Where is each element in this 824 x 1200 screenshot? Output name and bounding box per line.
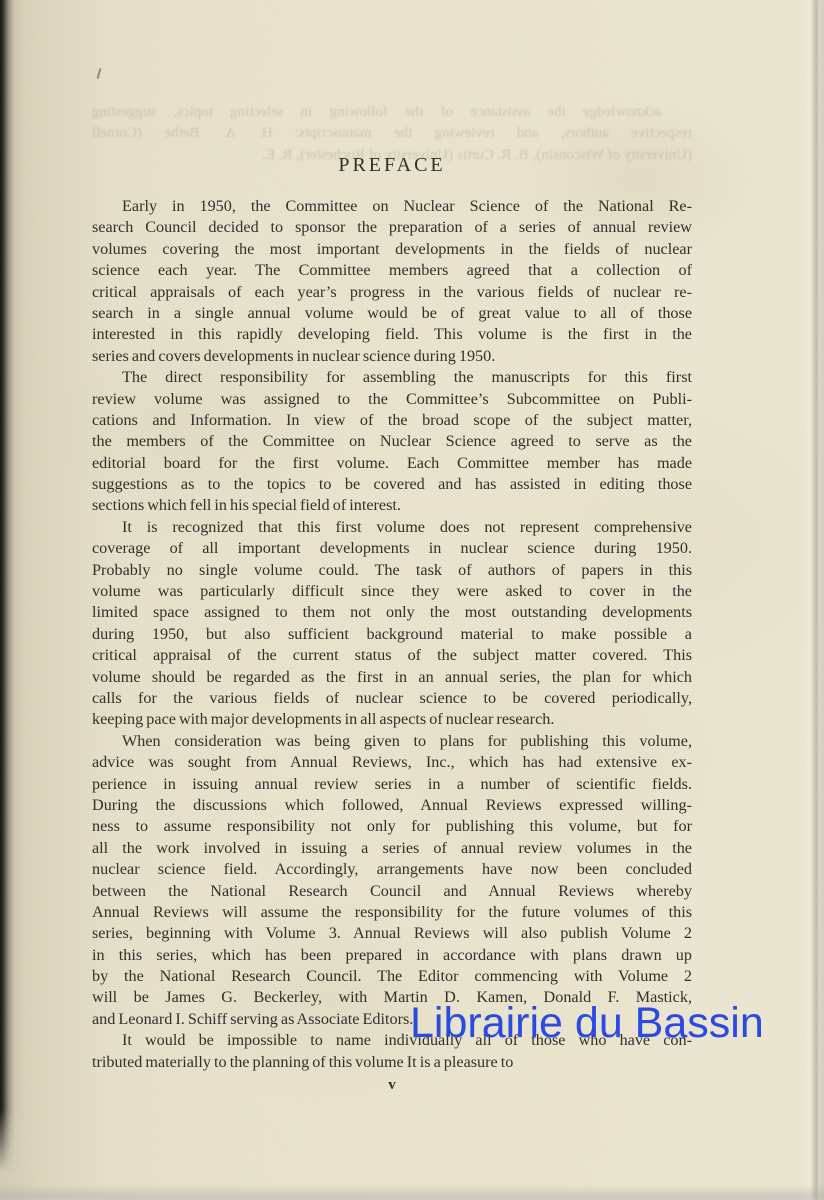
text-line: in this series, which has been prepared … [92,945,692,966]
book-photo: { "page": { "title": "PREFACE", "folio":… [0,0,824,1200]
text-line: series, beginning with Volume 3. Annual … [92,923,692,944]
text-line: keeping pace with major developments in … [92,709,692,730]
text-line: limited space assigned to them not only … [92,602,692,623]
text-line: between the National Research Council an… [92,881,692,902]
book-spine-edge [0,0,24,1172]
text-line: Annual Reviews will assume the responsib… [92,902,692,923]
text-line: search in a single annual volume would b… [92,303,692,324]
bookseller-watermark: Librairie du Bassin [410,1002,764,1045]
text-line: acknowledge the assistance of the follow… [92,102,692,123]
text-line: sections which fell in his special field… [92,495,692,516]
paragraph: When consideration was being given to pl… [92,731,692,1030]
text-line: search Council decided to sponsor the pr… [92,217,692,238]
text-line: Early in 1950, the Committee on Nuclear … [92,196,692,217]
text-line: advice was sought from Annual Reviews, I… [92,752,692,773]
text-line: nuclear science field. Accordingly, arra… [92,859,692,880]
page-bottom-edge [0,1184,824,1200]
text-line: critical appraisal of the current status… [92,645,692,666]
text-line: Probably no single volume could. The tas… [92,560,692,581]
text-line: respective authors, and reviewing the ma… [92,123,692,144]
text-line: science each year. The Committee members… [92,260,692,281]
text-line: by the National Research Council. The Ed… [92,966,692,987]
page-text: Early in 1950, the Committee on Nuclear … [92,196,692,1073]
page-number: v [92,1077,692,1094]
text-line: critical appraisals of each year’s progr… [92,282,692,303]
text-line: series and covers developments in nuclea… [92,346,692,367]
text-line: calls for the various fields of nuclear … [92,688,692,709]
text-line: volume was particularly difficult since … [92,581,692,602]
text-line: volume should be regarded as the first i… [92,667,692,688]
text-line: review volume was assigned to the Commit… [92,389,692,410]
text-line: editorial board for the first volume. Ea… [92,453,692,474]
text-line: the members of the Committee on Nuclear … [92,431,692,452]
text-line: all the work involved in issuing a serie… [92,838,692,859]
text-line: ness to assume responsibility not only f… [92,816,692,837]
text-line: tributed materially to the planning of t… [92,1052,692,1073]
text-line: During the discussions which followed, A… [92,795,692,816]
paragraph: Early in 1950, the Committee on Nuclear … [92,196,692,367]
text-line: cations and Information. In view of the … [92,410,692,431]
page-title: PREFACE [92,154,692,177]
text-line: suggestions as to the topics to be cover… [92,474,692,495]
text-line: The direct responsibility for assembling… [92,367,692,388]
text-line: It is recognized that this first volume … [92,517,692,538]
text-line: interested in this rapidly developing fi… [92,324,692,345]
text-line: When consideration was being given to pl… [92,731,692,752]
text-line: perience in issuing annual review series… [92,774,692,795]
paragraph: The direct responsibility for assembling… [92,367,692,517]
text-line: during 1950, but also sufficient backgro… [92,624,692,645]
text-line: volumes covering the most important deve… [92,239,692,260]
paragraph: It is recognized that this first volume … [92,517,692,731]
text-line: coverage of all important developments i… [92,538,692,559]
page-fore-edge [804,0,824,1200]
